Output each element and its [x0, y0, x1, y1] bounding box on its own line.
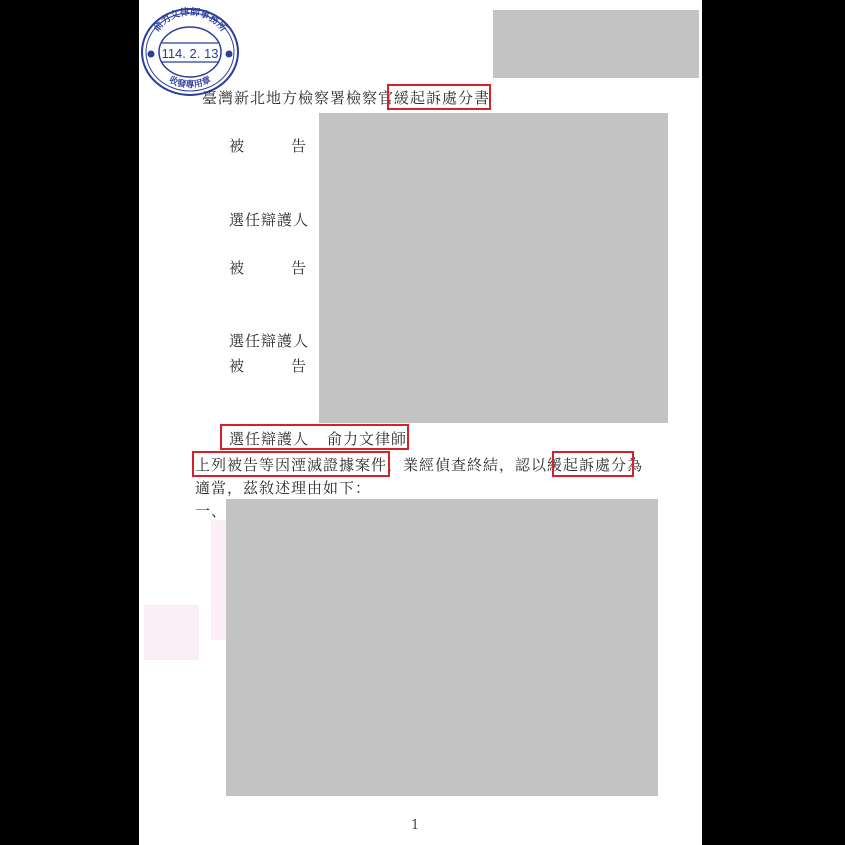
redacted-block-reasons	[226, 499, 658, 796]
bleed-through-mark	[144, 605, 199, 660]
highlight-box-counsel	[220, 424, 409, 450]
party-label-counsel-1: 選任辯護人	[229, 211, 309, 229]
title-prefix: 臺灣新北地方檢察署檢察官	[202, 89, 394, 107]
body-line-2: 適當，茲敘述理由如下：	[195, 479, 371, 497]
highlight-box-deferred	[552, 451, 634, 477]
redacted-block-header	[493, 10, 699, 78]
flower-icon	[148, 51, 155, 58]
highlight-box-case	[192, 451, 390, 477]
party-label-defendant-3: 被告	[229, 357, 307, 375]
flower-icon	[226, 51, 233, 58]
highlight-box-title	[387, 84, 491, 110]
svg-text:114. 2. 13: 114. 2. 13	[162, 46, 219, 61]
page-number: 1	[411, 818, 419, 833]
section-marker: 一、	[195, 502, 227, 520]
party-label-counsel-2: 選任辯護人	[229, 332, 309, 350]
party-label-defendant-1: 被告	[229, 137, 307, 155]
document-page: 114. 2. 13 俞力文律師事務所 收發專用章 臺灣新北地方檢察署檢察官緩起…	[139, 0, 702, 845]
svg-text:俞力文律師事務所: 俞力文律師事務所	[151, 7, 230, 34]
redacted-block-parties	[319, 113, 668, 423]
party-label-defendant-2: 被告	[229, 259, 307, 277]
law-firm-stamp: 114. 2. 13 俞力文律師事務所 收發專用章	[140, 7, 240, 97]
